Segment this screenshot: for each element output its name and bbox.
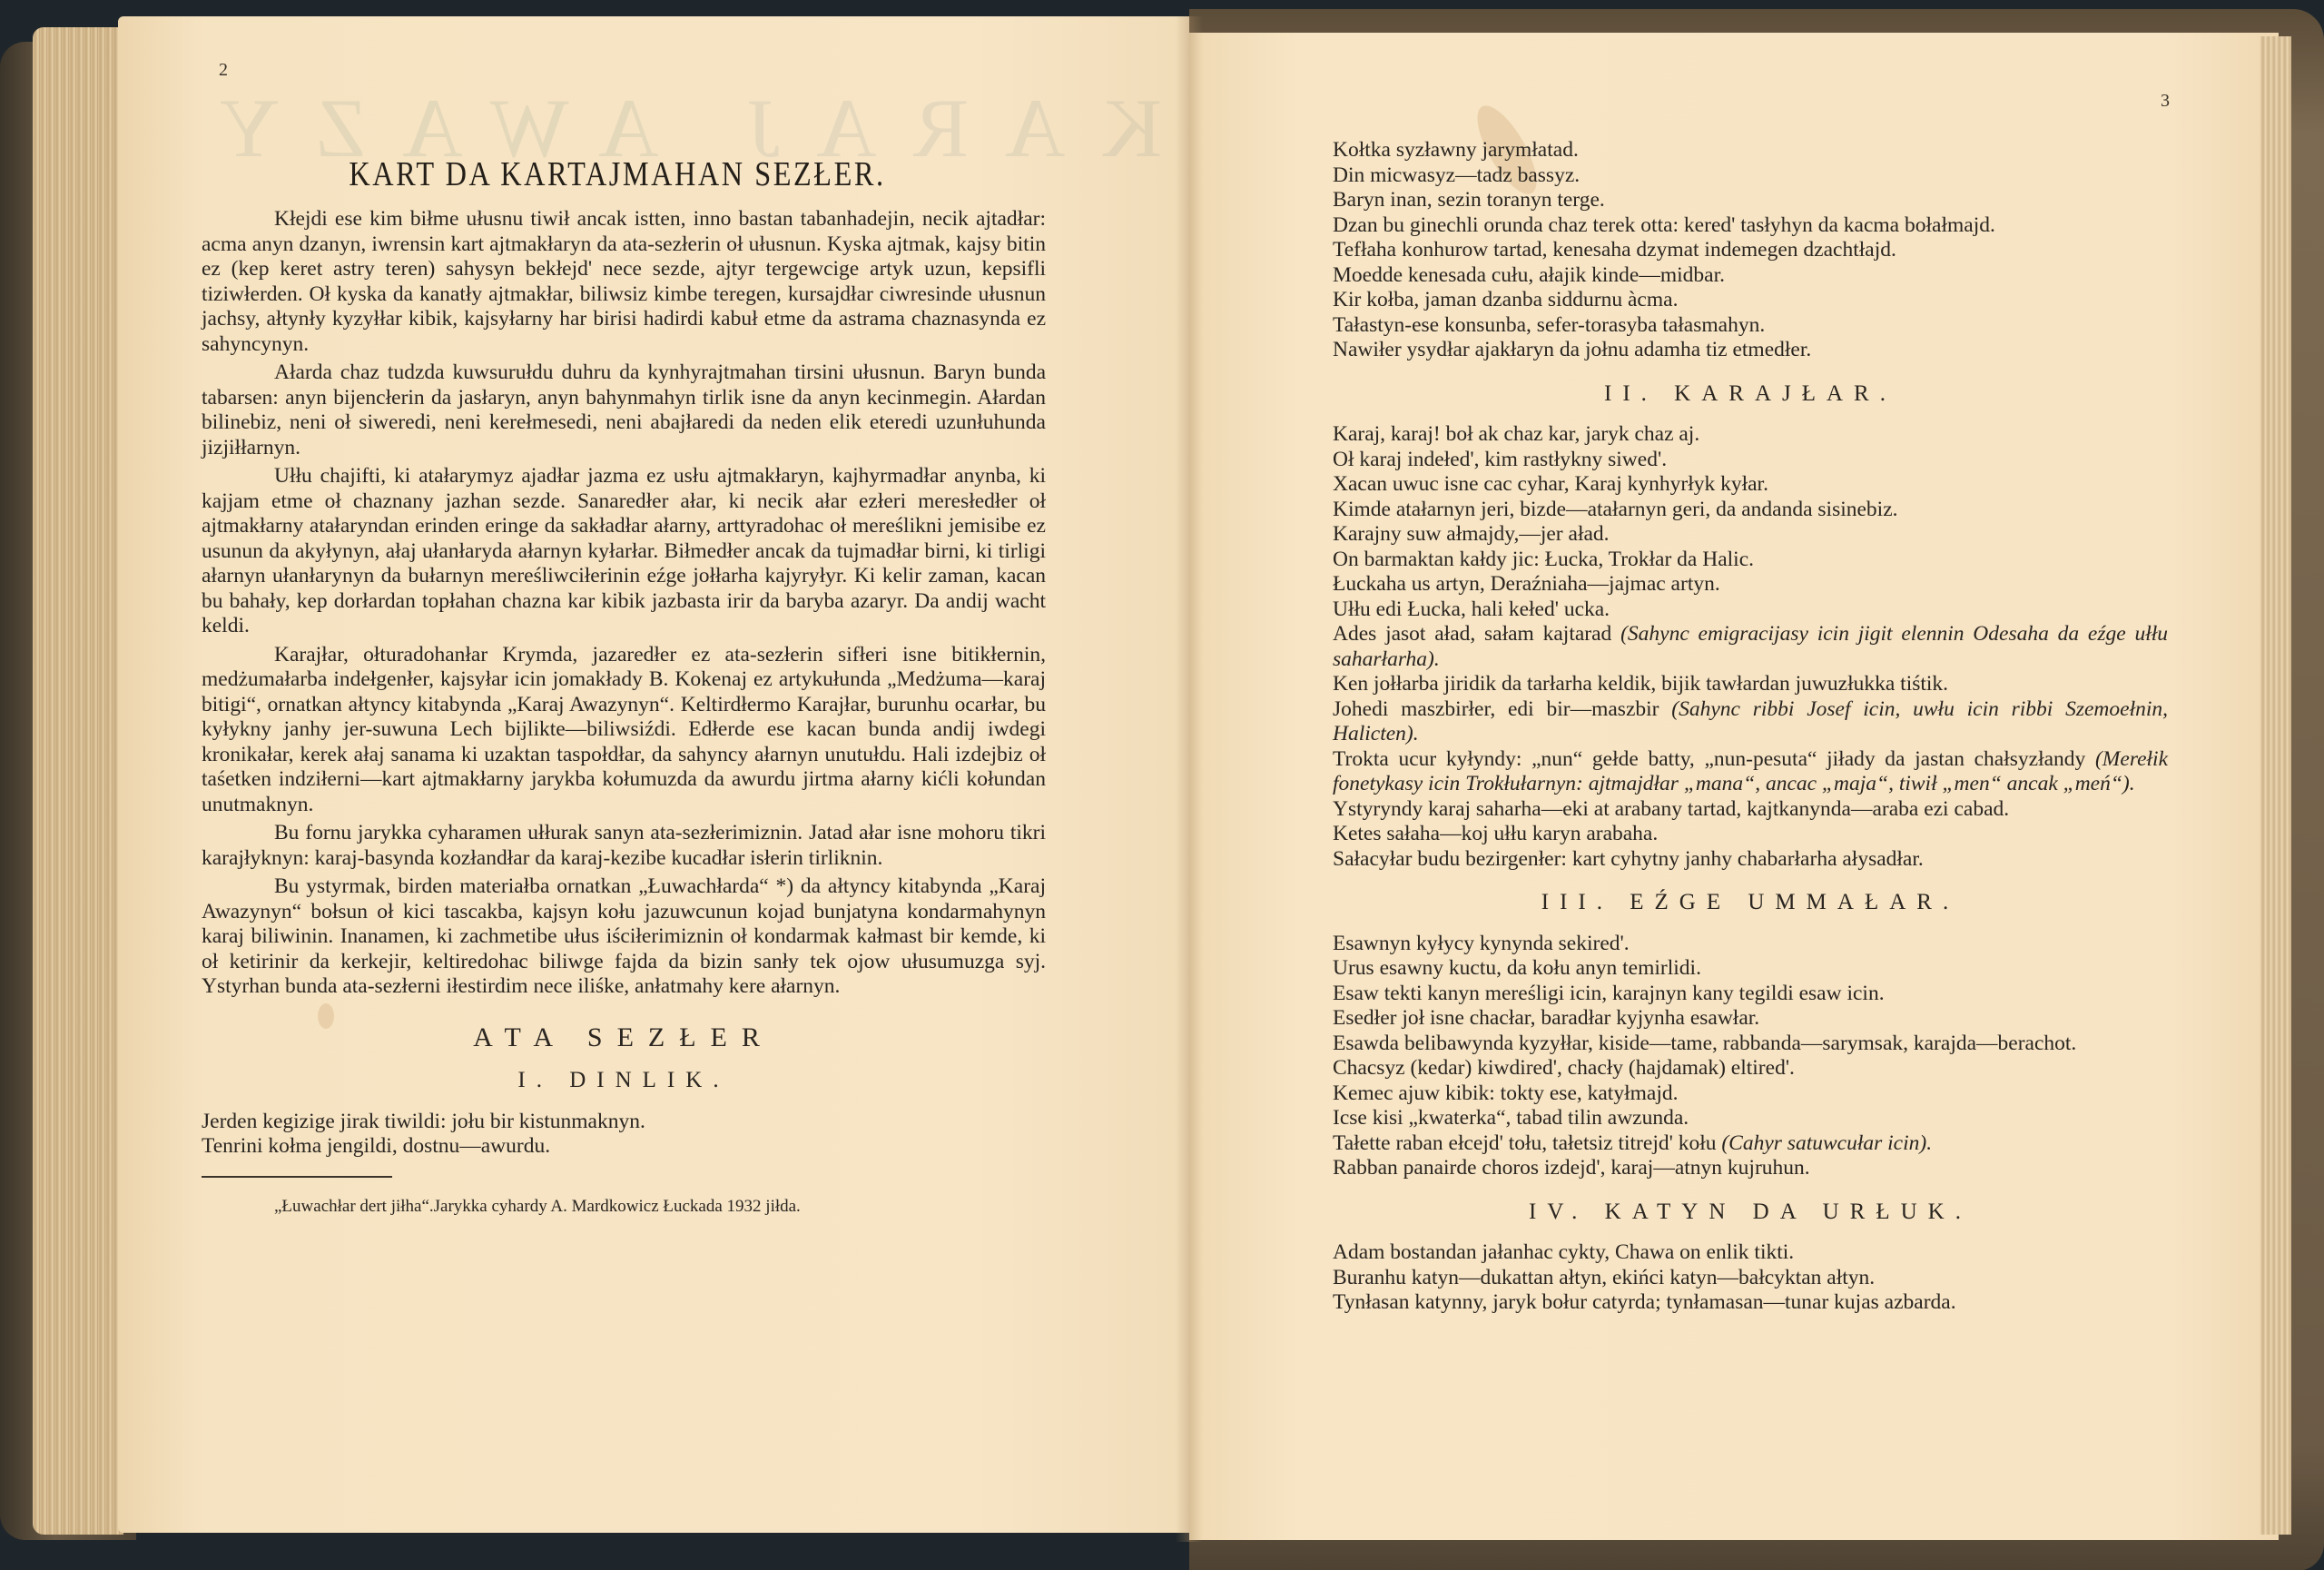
verse: Karaj, karaj! boł ak chaz kar, jaryk cha…	[1333, 422, 2168, 448]
verse: Kołtka syzławny jarymłatad.	[1333, 138, 2168, 163]
verse: On barmaktan kałdy jic: Łucka, Trokłar d…	[1333, 548, 2168, 573]
paragraph: Ałarda chaz tudzda kuwsurułdu duhru da k…	[202, 360, 1046, 460]
footnote-divider	[202, 1176, 392, 1178]
page-edges-right	[2260, 36, 2291, 1535]
verse: Nawiłer ysydłar ajakłaryn da jołnu adamh…	[1333, 338, 2168, 363]
verse: Rabban panairde choros izdejd', karaj—at…	[1333, 1156, 2168, 1181]
verse: Adam bostandan jałanhac cykty, Chawa on …	[1333, 1240, 2168, 1266]
verse: Tenrini kołma jengildi, dostnu—awurdu.	[202, 1134, 1046, 1160]
verse: Kir kołba, jaman dzanba siddurnu àcma.	[1333, 288, 2168, 313]
verse: Chacsyz (kedar) kiwdired', chacły (hajda…	[1333, 1056, 2168, 1081]
verse: Ułłu edi Łucka, hali kełed' ucka.	[1333, 597, 2168, 623]
verse: Jerden kegizige jirak tiwildi: jołu bir …	[202, 1110, 1046, 1135]
verse: Kimde atałarnyn jeri, bizde—atałarnyn ge…	[1333, 498, 2168, 523]
verse: Łuckaha us artyn, Deraźniaha—jajmac arty…	[1333, 572, 2168, 597]
verse: Icse kisi „kwaterka“, tabad tilin awzund…	[1333, 1106, 2168, 1131]
verse: Karajny suw ałmajdy,—jer aład.	[1333, 522, 2168, 548]
verse: Dzan bu ginechli orunda chaz terek otta:…	[1333, 213, 2168, 239]
verse: Kemec ajuw kibik: tokty ese, katyłmajd.	[1333, 1081, 2168, 1107]
verse-with-note: Johedi maszbirłer, edi bir—maszbir (Sahy…	[1333, 697, 2168, 747]
verse-text: Johedi maszbirłer, edi bir—maszbir	[1333, 697, 1659, 721]
section-heading-ezge-ummalar: III. EŹGE UMMAŁAR.	[1333, 890, 2168, 915]
paragraph: Ułłu chajifti, ki atałarymyz ajadłar jaz…	[202, 464, 1046, 639]
page-number-right: 3	[2161, 91, 2170, 112]
verse: Tynłasan katynny, jaryk bołur catyrda; t…	[1333, 1290, 2168, 1316]
page-title: KART DA KARTAJMAHAN SEZŁER.	[231, 154, 1003, 194]
section-heading: ATA SEZŁER	[202, 1025, 1046, 1051]
verse: Esaw tekti kanyn mereśligi icin, karajny…	[1333, 982, 2168, 1007]
book-gutter	[1176, 16, 1203, 1542]
verse: Tałastyn-ese konsunba, sefer-torasyba ta…	[1333, 313, 2168, 339]
subsection-heading: I. DINLIK.	[202, 1068, 1046, 1093]
verse: Esawda belibawynda kyzyłłar, kiside—tame…	[1333, 1032, 2168, 1057]
verse: Esawnyn kyłycy kynynda sekired'.	[1333, 932, 2168, 957]
paragraph: Kłejdi ese kim biłme ułusnu tiwił ancak …	[202, 207, 1046, 357]
verse: Oł karaj indełed', kim rastłykny siwed'.	[1333, 448, 2168, 473]
section-heading-katyn-da-urluk: IV. KATYN DA URŁUK.	[1333, 1200, 2168, 1225]
section-heading-karajlar: II. KARAJŁAR.	[1333, 381, 2168, 407]
verse: Baryn inan, sezin toranyn terge.	[1333, 188, 2168, 213]
paragraph: Karajłar, ołturadohanłar Krymda, jazared…	[202, 643, 1046, 818]
page-number-left: 2	[219, 60, 228, 81]
verse: Urus esawny kuctu, da kołu anyn temirlid…	[1333, 956, 2168, 982]
left-page-body: Kłejdi ese kim biłme ułusnu tiwił ancak …	[202, 207, 1046, 1219]
verse: Ken jołłarba jiridik da tarłarha keldik,…	[1333, 672, 2168, 697]
verse: Ystyryndy karaj saharha—eki at arabany t…	[1333, 797, 2168, 823]
footnote: „Łuwachłar dert jiłha“.Jarykka cyhardy A…	[202, 1194, 1046, 1219]
verse-with-note: Tałette raban ełcejd' tołu, tałetsiz tit…	[1333, 1131, 2168, 1157]
verse-text: Tałette raban ełcejd' tołu, tałetsiz tit…	[1333, 1131, 1716, 1155]
verse: Moedde kenesada cułu, ałajik kinde—midba…	[1333, 263, 2168, 289]
verse: Sałacyłar budu bezirgenłer: kart cyhytny…	[1333, 847, 2168, 873]
verse-with-note: Trokta ucur kyłyndy: „nun“ gełde batty, …	[1333, 747, 2168, 797]
verse-with-note: Ades jasot aład, sałam kajtarad (Sahync …	[1333, 622, 2168, 672]
verse: Xacan uwuc isne cac cyhar, Karaj kynhyrł…	[1333, 472, 2168, 498]
verse: Tefłaha konhurow tartad, kenesaha dzymat…	[1333, 238, 2168, 263]
verse: Esedłer joł isne chacłar, baradłar kyjyn…	[1333, 1006, 2168, 1032]
verse: Buranhu katyn—dukattan ałtyn, ekińci kat…	[1333, 1266, 2168, 1291]
verse: Din micwasyz—tadz bassyz.	[1333, 163, 2168, 189]
verse-text: Trokta ucur kyłyndy: „nun“ gełde batty, …	[1333, 747, 2085, 771]
paragraph: Bu fornu jarykka cyharamen ułłurak sanyn…	[202, 821, 1046, 871]
page-edges-left	[33, 27, 123, 1535]
verse: Ketes sałaha—koj ułłu karyn arabaha.	[1333, 822, 2168, 847]
verse-note: (Cahyr satuwcułar icin).	[1721, 1131, 1932, 1155]
right-page-body: Kołtka syzławny jarymłatad. Din micwasyz…	[1333, 138, 2168, 1316]
verse-text: Ades jasot aład, sałam kajtarad	[1333, 622, 1611, 646]
paragraph: Bu ystyrmak, birden materiałba ornatkan …	[202, 874, 1046, 1000]
